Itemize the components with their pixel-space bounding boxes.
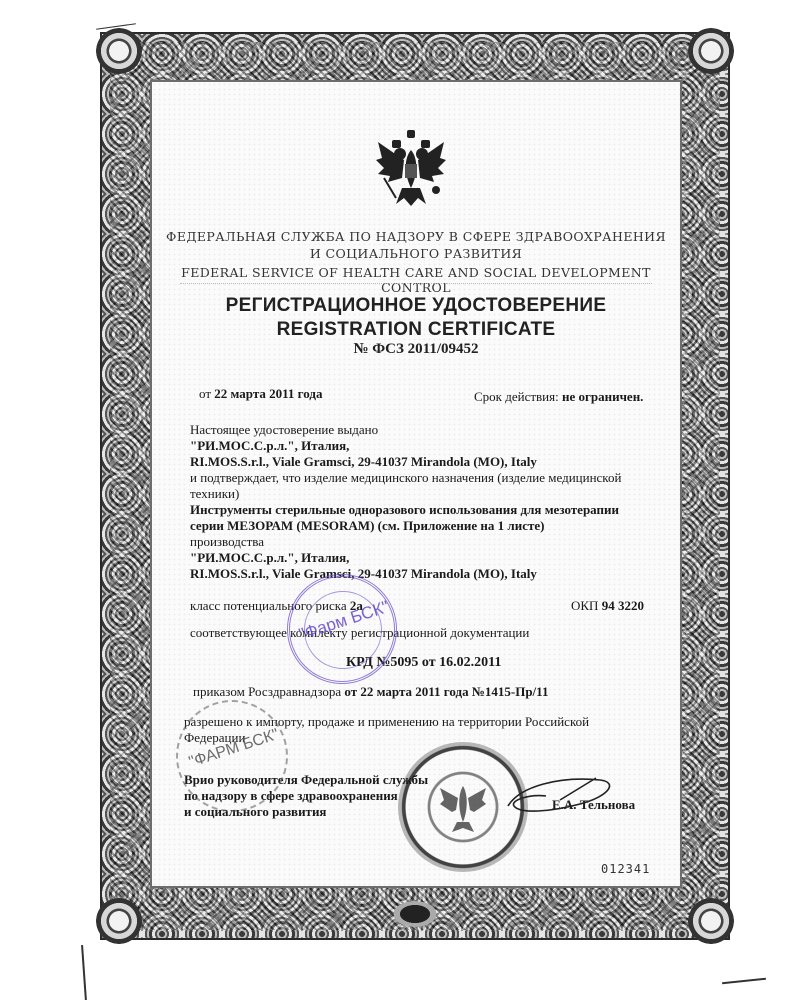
certificate-title-en: REGISTRATION CERTIFICATE [150,319,682,341]
product-line1: Инструменты стерильные одноразового испо… [190,502,619,518]
certificate-content: ФЕДЕРАЛЬНАЯ СЛУЖБА ПО НАДЗОРУ В СФЕРЕ ЗД… [0,0,800,1000]
handwritten-signature [500,766,620,826]
company-stamp-label-2: "ФАРМ БСК" [186,726,283,773]
manufacturer-ru: "РИ.МОС.С.р.л.", Италия, [190,550,349,566]
confirms-line2: техники) [190,486,239,502]
manufacturer-label: производства [190,534,264,550]
okp-code: ОКП 94 3220 [571,598,644,614]
issuer-en: RI.MOS.S.r.l., Viale Gramsci, 29-41037 M… [190,454,537,470]
agency-name-ru-line1: ФЕДЕРАЛЬНАЯ СЛУЖБА ПО НАДЗОРУ В СФЕРЕ ЗД… [150,229,682,244]
validity: Срок действия: не ограничен. [474,389,643,405]
agency-name-en: FEDERAL SERVICE OF HEALTH CARE AND SOCIA… [150,265,682,295]
certificate-title-ru: РЕГИСТРАЦИОННОЕ УДОСТОВЕРЕНИЕ [150,295,682,317]
divider [180,283,652,284]
confirms-line1: и подтверждает, что изделие медицинского… [190,470,621,486]
issuer-ru: "РИ.МОС.С.р.л.", Италия, [190,438,349,454]
scan-artifact [81,945,87,1000]
order-reference: приказом Росздравнадзора от 22 марта 201… [193,684,548,700]
double-headed-eagle-emblem-icon [374,128,448,210]
company-stamp-purple: "Фарм БСК" [287,574,397,684]
seal-eagle-icon [438,780,488,834]
scan-artifact [722,978,766,985]
issue-date: от 22 марта 2011 года [199,386,322,402]
serial-number: 012341 [601,862,650,876]
agency-name-ru-line2: И СОЦИАЛЬНОГО РАЗВИТИЯ [150,246,682,261]
company-stamp-grey: "ФАРМ БСК" [176,700,288,812]
issued-to-label: Настоящее удостоверение выдано [190,422,378,438]
certificate-number: № ФСЗ 2011/09452 [150,341,682,358]
scan-artifact [96,23,136,30]
product-line2: серии МЕЗОРАМ (MESORAM) (см. Приложение … [190,518,544,534]
